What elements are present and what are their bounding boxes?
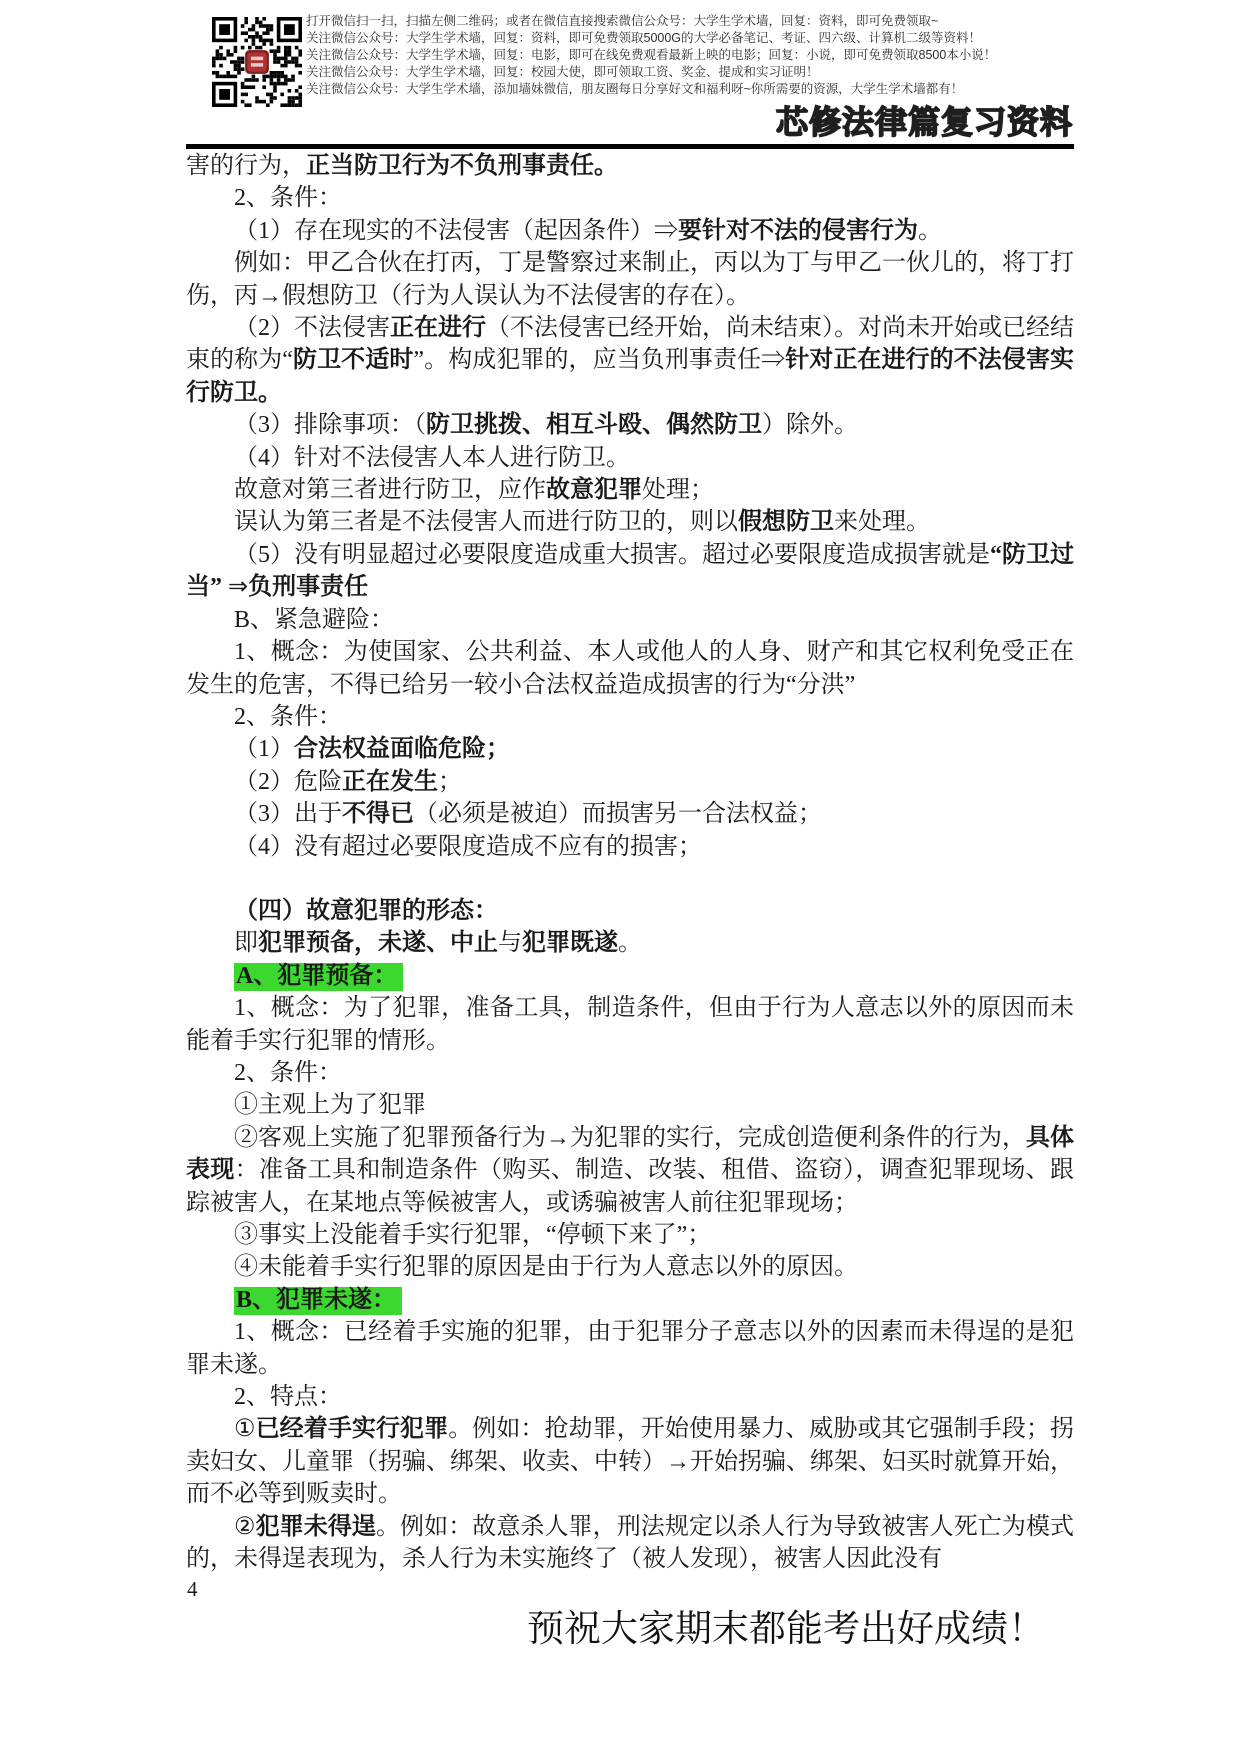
paragraph: 即犯罪预备，未遂、中止与犯罪既遂。 — [186, 927, 1074, 959]
text-run: ：准备工具和制造条件（购买、制造、改装、租借、盗窃），调查犯罪现场、跟踪被害人，… — [186, 1157, 1074, 1215]
text-run: （4）没有超过必要限度造成不应有的损害； — [234, 834, 702, 860]
paragraph: 故意对第三者进行防卫，应作故意犯罪处理； — [186, 474, 1074, 506]
paragraph: B、紧急避险： — [186, 604, 1074, 636]
text-run: 假想防卫 — [738, 509, 834, 535]
paragraph: 2、条件： — [186, 1057, 1074, 1089]
text-run: 。 — [618, 930, 642, 956]
text-run: （四）故意犯罪的形态： — [234, 898, 498, 924]
text-run: 2、条件： — [234, 704, 342, 730]
text-run: 处理； — [642, 477, 714, 503]
paragraph: ②犯罪未得逞。例如：故意杀人罪，刑法规定以杀人行为导致被害人死亡为模式的，未得逞… — [186, 1511, 1074, 1576]
document-page: 打开微信扫一扫，扫描左侧二维码；或者在微信直接搜索微信公众号：大学生学术墙，回复… — [0, 0, 1241, 1754]
text-run: （3）出于 — [234, 801, 342, 827]
text-run: ④未能着手实行犯罪的原因是由于行为人意志以外的原因。 — [234, 1254, 858, 1280]
header-divider — [186, 144, 1074, 149]
paragraph: ②客观上实施了犯罪预备行为→为犯罪的实行，完成创造便利条件的行为，具体表现：准备… — [186, 1122, 1074, 1219]
text-run: 负刑事责任 — [248, 574, 368, 600]
text-run: 已经着手实行犯罪 — [256, 1416, 449, 1442]
text-run: ② — [234, 1514, 256, 1540]
qr-code-image — [212, 15, 302, 109]
text-run: ⇒ — [222, 574, 248, 600]
text-run: 害的行为， — [186, 153, 306, 179]
header-promo-lines: 打开微信扫一扫，扫描左侧二维码；或者在微信直接搜索微信公众号：大学生学术墙，回复… — [306, 13, 1096, 98]
page-title: 芯修法律篇复习资料 — [776, 97, 1073, 143]
text-run: （1）存在现实的不法侵害（起因条件）⇒ — [234, 218, 678, 244]
paragraph: ①主观上为了犯罪 — [186, 1089, 1074, 1121]
paragraph: A、犯罪预备： — [186, 960, 1074, 992]
header-line: 打开微信扫一扫，扫描左侧二维码；或者在微信直接搜索微信公众号：大学生学术墙，回复… — [306, 13, 1096, 30]
paragraph: （4）没有超过必要限度造成不应有的损害； — [186, 831, 1074, 863]
text-run: 与 — [498, 930, 522, 956]
text-run: 来处理。 — [834, 509, 930, 535]
text-run: 2、特点： — [234, 1384, 342, 1410]
paragraph: ④未能着手实行犯罪的原因是由于行为人意志以外的原因。 — [186, 1251, 1074, 1283]
text-run: B、紧急避险： — [234, 607, 394, 633]
text-run: 故意对第三者进行防卫，应作 — [234, 477, 546, 503]
header-line: 关注微信公众号：大学生学术墙，回复：校园大使，即可领取工资、奖金、提成和实习证明… — [306, 64, 1096, 81]
text-run: 2、条件： — [234, 185, 342, 211]
text-run: ①主观上为了犯罪 — [234, 1092, 426, 1118]
document-body: 害的行为，正当防卫行为不负刑事责任。2、条件：（1）存在现实的不法侵害（起因条件… — [186, 150, 1074, 1575]
text-run: 犯罪预备，未遂、中止 — [258, 930, 498, 956]
paragraph: 1、概念：为使国家、公共利益、本人或他人的人身、财产和其它权利免受正在发生的危害… — [186, 636, 1074, 701]
text-run: ③事实上没能着手实行犯罪，“停顿下来了”； — [234, 1222, 711, 1248]
paragraph: 1、概念：已经着手实施的犯罪，由于犯罪分子意志以外的因素而未得逞的是犯罪未遂。 — [186, 1316, 1074, 1381]
text-run: 例如：甲乙合伙在打丙，丁是警察过来制止，丙以为丁与甲乙一伙儿的，将丁打伤，丙→假… — [186, 250, 1074, 308]
text-run: 要针对不法的侵害行为 — [678, 218, 918, 244]
header-line: 关注微信公众号：大学生学术墙，回复：资料，即可免费领取5000G的大学必备笔记、… — [306, 30, 1096, 47]
text-run: （3）排除事项：（ — [234, 412, 426, 438]
text-run: ）除外。 — [762, 412, 858, 438]
text-run: （4）针对不法侵害人本人进行防卫。 — [234, 445, 630, 471]
paragraph: B、犯罪未遂： — [186, 1284, 1074, 1316]
text-run: ① — [234, 1416, 256, 1442]
text-run: 1、概念：为使国家、公共利益、本人或他人的人身、财产和其它权利免受正在发生的危害… — [186, 639, 1074, 697]
paragraph: 1、概念：为了犯罪，准备工具，制造条件，但由于行为人意志以外的原因而未能着手实行… — [186, 992, 1074, 1057]
text-run: （1） — [234, 736, 294, 762]
header-line: 关注微信公众号：大学生学术墙，回复：电影，即可在线免费观看最新上映的电影；回复：… — [306, 47, 1096, 64]
paragraph: （4）针对不法侵害人本人进行防卫。 — [186, 442, 1074, 474]
paragraph: 例如：甲乙合伙在打丙，丁是警察过来制止，丙以为丁与甲乙一伙儿的，将丁打伤，丙→假… — [186, 247, 1074, 312]
text-run: 正在进行 — [390, 315, 486, 341]
paragraph-spacer — [186, 863, 1074, 895]
text-run: 。 — [918, 218, 942, 244]
text-run: （2）危险 — [234, 769, 342, 795]
text-run: 1、概念：已经着手实施的犯罪，由于犯罪分子意志以外的因素而未得逞的是犯罪未遂。 — [186, 1319, 1074, 1377]
text-run: 即 — [234, 930, 258, 956]
paragraph: （2）危险正在发生； — [186, 766, 1074, 798]
text-run: 犯罪未得逞 — [256, 1514, 376, 1540]
text-run: 防卫不适时 — [293, 347, 413, 373]
text-run: 合法权益面临危险； — [294, 736, 510, 762]
text-run: 犯罪既遂 — [522, 930, 618, 956]
paragraph: （3）出于不得已（必须是被迫）而损害另一合法权益； — [186, 798, 1074, 830]
paragraph: （1）存在现实的不法侵害（起因条件）⇒要针对不法的侵害行为。 — [186, 215, 1074, 247]
header-line: 关注微信公众号：大学生学术墙，添加墙妹微信，朋友圈每日分享好文和福利呀~你所需要… — [306, 81, 1096, 98]
text-run: ②客观上实施了犯罪预备行为→为犯罪的实行，完成创造便利条件的行为， — [234, 1125, 1026, 1151]
paragraph: 2、条件： — [186, 701, 1074, 733]
paragraph: （四）故意犯罪的形态： — [186, 895, 1074, 927]
highlighted-heading: B、犯罪未遂： — [234, 1287, 402, 1315]
text-run: （5）没有明显超过必要限度造成重大损害。超过必要限度造成损害就是 — [234, 542, 990, 568]
text-run: ”。构成犯罪的，应当负刑事责任⇒ — [413, 347, 785, 373]
text-run: 故意犯罪 — [546, 477, 642, 503]
page-number: 4 — [187, 1577, 198, 1602]
paragraph: ③事实上没能着手实行犯罪，“停顿下来了”； — [186, 1219, 1074, 1251]
paragraph: 2、特点： — [186, 1381, 1074, 1413]
text-run: 正当防卫行为不负刑事责任。 — [306, 153, 618, 179]
wechat-qr-code — [212, 15, 302, 109]
paragraph: 误认为第三者是不法侵害人而进行防卫的，则以假想防卫来处理。 — [186, 506, 1074, 538]
paragraph: （5）没有明显超过必要限度造成重大损害。超过必要限度造成损害就是“防卫过当” ⇒… — [186, 539, 1074, 604]
text-run: 2、条件： — [234, 1060, 342, 1086]
paragraph: （2）不法侵害正在进行（不法侵害已经开始，尚未结束）。对尚未开始或已经结束的称为… — [186, 312, 1074, 409]
text-run: 1、概念：为了犯罪，准备工具，制造条件，但由于行为人意志以外的原因而未能着手实行… — [186, 995, 1074, 1053]
text-run: 不得已 — [342, 801, 414, 827]
text-run: 误认为第三者是不法侵害人而进行防卫的，则以 — [234, 509, 738, 535]
highlighted-heading: A、犯罪预备： — [234, 963, 403, 991]
paragraph: （3）排除事项：（防卫挑拨、相互斗殴、偶然防卫）除外。 — [186, 409, 1074, 441]
text-run: 正在发生 — [342, 769, 438, 795]
text-run: （2）不法侵害 — [234, 315, 390, 341]
text-run: （必须是被迫）而损害另一合法权益； — [414, 801, 822, 827]
paragraph: 2、条件： — [186, 182, 1074, 214]
text-run: ； — [438, 769, 462, 795]
paragraph: （1）合法权益面临危险； — [186, 733, 1074, 765]
footer-note: 预祝大家期末都能考出好成绩！ — [527, 1598, 1045, 1652]
paragraph: 害的行为，正当防卫行为不负刑事责任。 — [186, 150, 1074, 182]
text-run: 防卫挑拨、相互斗殴、偶然防卫 — [426, 412, 762, 438]
paragraph: ①已经着手实行犯罪。例如：抢劫罪，开始使用暴力、威胁或其它强制手段；拐卖妇女、儿… — [186, 1413, 1074, 1510]
